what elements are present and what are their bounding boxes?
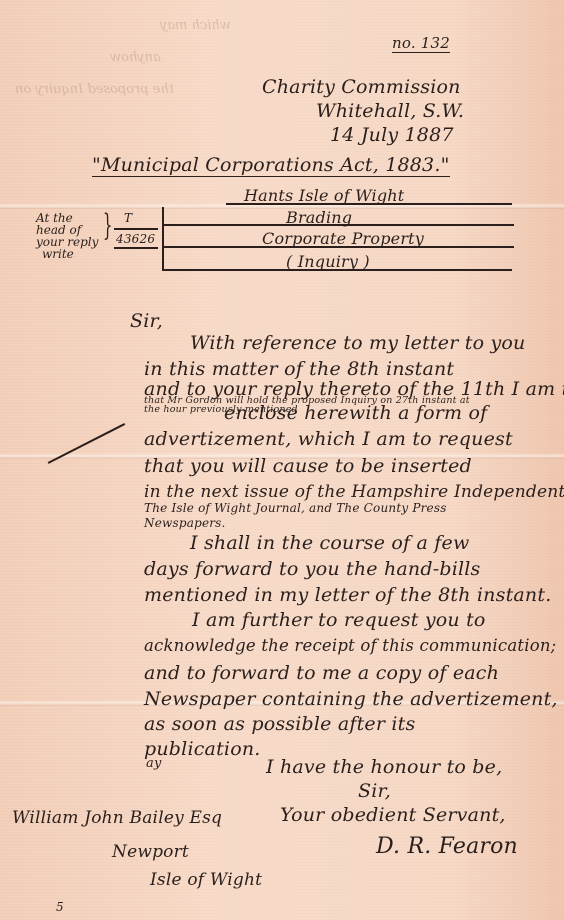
reply-instruction: At the head of your reply write	[36, 212, 98, 260]
reference-place: Brading	[286, 208, 352, 227]
document-number: no. 132	[392, 34, 450, 53]
page-mark: 5	[56, 900, 64, 914]
body-line: mentioned in my letter of the 8th instan…	[144, 584, 551, 606]
body-line: as soon as possible after its	[144, 713, 415, 735]
letter-date: 14 July 1887	[330, 124, 454, 146]
sender-line-2: Whitehall, S.W.	[316, 100, 464, 122]
divider	[114, 228, 158, 230]
body-line: in the next issue of the Hampshire Indep…	[144, 482, 564, 502]
letter-page: which may anyhow the proposed Inquiry on…	[0, 0, 564, 920]
salutation: Sir,	[130, 310, 163, 332]
divider	[114, 247, 158, 249]
closing-line: I have the honour to be,	[266, 756, 502, 778]
signature: D. R. Fearon	[376, 834, 518, 859]
body-line: Newspaper containing the advertizement,	[144, 688, 558, 710]
bleed-through-text: which may	[160, 18, 231, 33]
reference-type: ( Inquiry )	[286, 252, 370, 271]
body-line: The Isle of Wight Journal, and The Count…	[144, 501, 447, 515]
body-line: enclose herewith a form of	[224, 402, 487, 424]
addressee-county: Isle of Wight	[150, 870, 262, 890]
reference-subject: Corporate Property	[262, 229, 424, 248]
body-line: and to forward to me a copy of each	[144, 662, 499, 684]
body-line: advertizement, which I am to request	[144, 428, 513, 450]
body-line: acknowledge the receipt of this communic…	[144, 636, 556, 655]
brace-icon: }	[103, 208, 113, 243]
body-line: I shall in the course of a few	[190, 532, 469, 554]
body-line: Newspapers.	[144, 516, 226, 530]
body-line: With reference to my letter to you	[190, 332, 525, 354]
reference-box-left-edge	[162, 207, 164, 269]
reference-code-number: 43626	[116, 232, 155, 246]
bleed-through-text: anyhow	[110, 50, 161, 65]
addressee-name: William John Bailey Esq	[12, 808, 222, 828]
reference-code-letter: T	[124, 211, 132, 225]
act-title: "Municipal Corporations Act, 1883."	[92, 154, 450, 177]
sender-line-1: Charity Commission	[262, 76, 461, 98]
instruction-line: write	[36, 248, 98, 260]
margin-mark: ay	[146, 756, 162, 771]
body-line: in this matter of the 8th instant	[144, 358, 454, 380]
body-line: I am further to request you to	[192, 609, 486, 631]
closing-sir: Sir,	[358, 780, 391, 802]
reference-county: Hants Isle of Wight	[244, 186, 404, 205]
closing-servant: Your obedient Servant,	[280, 804, 506, 826]
body-line: days forward to you the hand-bills	[144, 558, 481, 580]
addressee-town: Newport	[112, 842, 189, 862]
body-line: that you will cause to be inserted	[144, 455, 472, 477]
bleed-through-text: the proposed Inquiry on	[15, 82, 174, 97]
